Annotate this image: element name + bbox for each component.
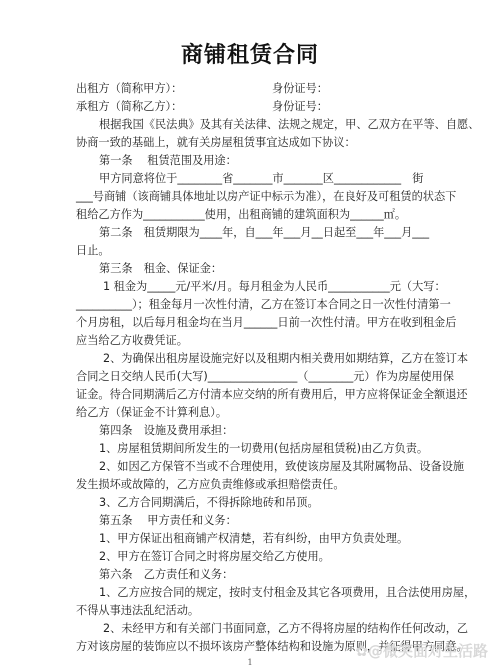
- watermark: ✿@微笑面对生活路: [355, 640, 488, 661]
- article-4-item-2-line-2: 发生损坏或故障的，乙方应负责维修或承担赔偿责任。: [76, 478, 422, 492]
- article-1-line-1: 甲方同意将位于________省_______市_______区________…: [76, 172, 445, 186]
- article-6-item-1-line-1: 1、乙方应按合同的规定，按时支付租金及其它各项费用，且合法使用房屋，: [76, 586, 445, 600]
- preamble-line-1: 根据我国《民法典》及其有关法律、法规之规定，甲、乙双方在平等、自愿、: [76, 118, 445, 132]
- article-3-item-1-line-3: 个月房租，以后每月租金均在当月______日前一次性付清。甲方在收到租金后: [76, 316, 422, 330]
- article-1-line-3: 租给乙方作为___________使用，出租商铺的建筑面积为______㎡。: [76, 208, 422, 222]
- article-5-item-2: 2、甲方在签订合同之时将房屋交给乙方使用。: [76, 550, 445, 564]
- article-3-item-1-line-1: 1 租金为_____元/平米/月。每月租金为人民币___________元（大写…: [76, 280, 449, 294]
- article-6-item-2-line-1: 2、未经甲方和有关部门书面同意，乙方不得将房屋的结构作任何改动，乙: [76, 622, 449, 636]
- document-title: 商铺租赁合同: [0, 38, 500, 69]
- lessor-label: 出租方（简称甲方）：: [76, 82, 272, 96]
- article-4-item-1: 1、房屋租赁期间所发生的一切费用(包括房屋租赁税)由乙方负责。: [76, 442, 445, 456]
- article-3-item-2-line-4: 给乙方（保证金不计算利息）。: [76, 406, 422, 420]
- article-2-line-1: 第二条 租赁期限为____年，自___年___月__日起至___年___月___: [76, 226, 445, 240]
- article-5-heading: 第五条 甲方责任和义务：: [76, 514, 445, 528]
- article-4-item-2-line-1: 2、如因乙方保管不当或不合理使用，致使该房屋及其附属物品、设备设施: [76, 460, 445, 474]
- article-3-item-2-line-2: 合同之日交纳人民币(大写)________________（________元）…: [76, 370, 422, 384]
- article-3-item-1-line-4: 应当给乙方收费凭证。: [76, 334, 422, 348]
- lessee-label: 承租方（简称乙方）：: [76, 100, 272, 114]
- lessee-row: 承租方（简称乙方）： 身份证号：: [76, 100, 422, 114]
- article-4-item-3: 3、乙方合同期满后，不得拆除地砖和吊顶。: [76, 496, 445, 510]
- lessor-id-label: 身份证号：: [272, 82, 328, 96]
- document-page: 商铺租赁合同 出租方（简称甲方）： 身份证号： 承租方（简称乙方）： 身份证号：…: [0, 0, 500, 667]
- article-1-line-2: ___号商铺（该商铺具体地址以房产证中标示为准），在良好及可租赁的状态下: [76, 190, 422, 204]
- article-1-heading: 第一条 租赁范围及用途：: [76, 154, 445, 168]
- article-2-line-2: 日止。: [76, 244, 422, 258]
- article-3-item-2-line-3: 证金。待合同期满后乙方付清本应交纳的所有费用后，甲方应将保证金全额退还: [76, 388, 422, 402]
- article-3-item-2-line-1: 2、为确保出租房屋设施完好以及租期内相关费用如期结算，乙方在签订本: [76, 352, 449, 366]
- preamble-line-2: 协商一致的基础上，就有关房屋租赁事宜达成如下协议：: [76, 136, 422, 150]
- lessor-row: 出租方（简称甲方）： 身份证号：: [76, 82, 422, 96]
- lessee-id-label: 身份证号：: [272, 100, 328, 114]
- article-3-heading: 第三条 租金、保证金：: [76, 262, 445, 276]
- article-4-heading: 第四条 设施及费用承担：: [76, 424, 445, 438]
- article-6-heading: 第六条 乙方责任和义务：: [76, 568, 445, 582]
- article-3-item-1-line-2: __________）；租金每月一次性付清，乙方在签订本合同之日一次性付清第一: [76, 298, 422, 312]
- article-5-item-1: 1、甲方保证出租商铺产权清楚，若有纠纷，由甲方负责处理。: [76, 532, 445, 546]
- article-6-item-1-line-2: 不得从事违法乱纪活动。: [76, 604, 422, 618]
